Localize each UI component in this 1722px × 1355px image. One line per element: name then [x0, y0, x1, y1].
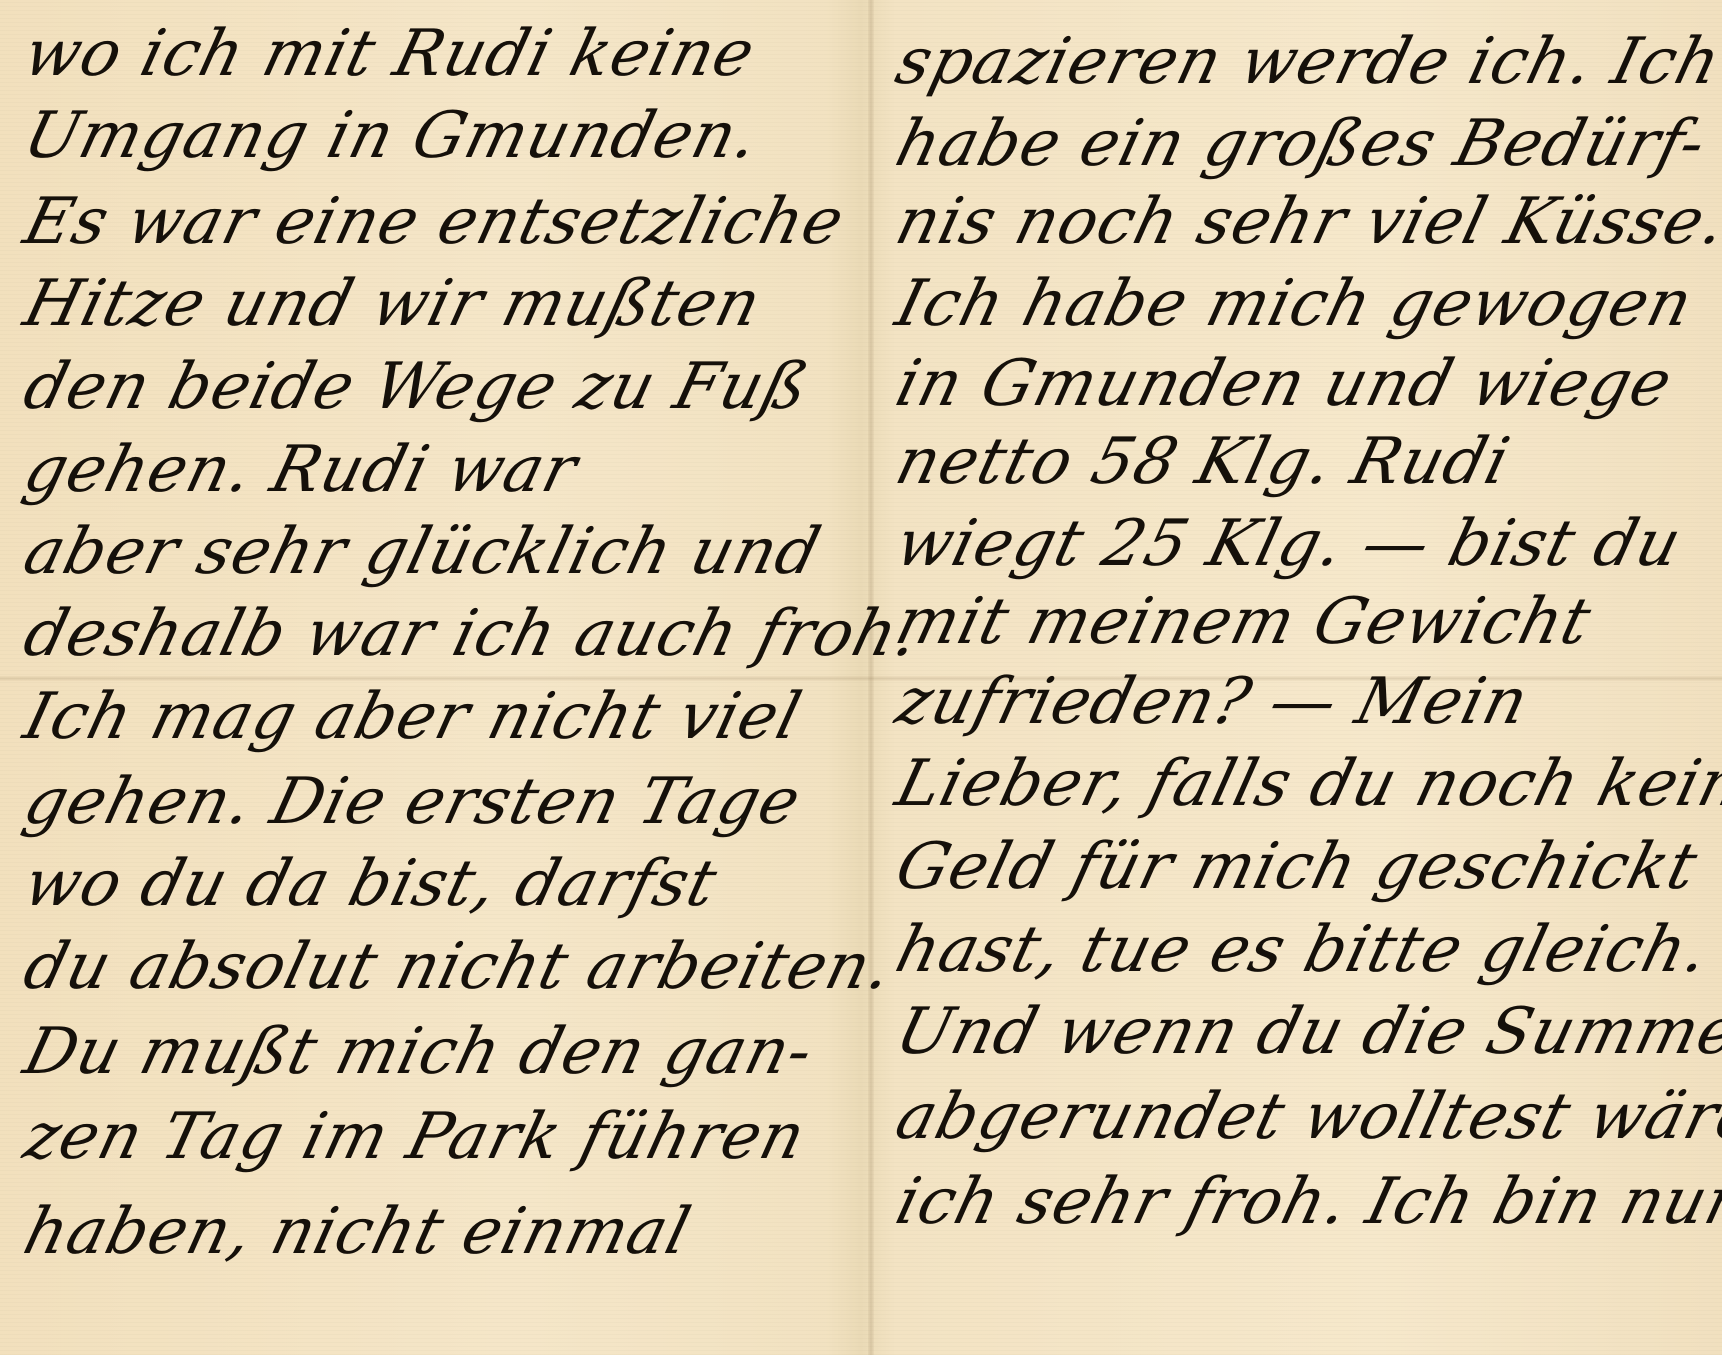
handwritten-line: abgerundet wolltest wäre	[890, 1085, 1722, 1149]
handwritten-line: Hitze und wir mußten	[18, 272, 767, 336]
handwritten-line: Es war eine entsetzliche	[18, 190, 850, 254]
handwritten-line: ich sehr froh. Ich bin nun-	[890, 1170, 1722, 1234]
handwritten-line: wo du da bist, darfst	[18, 852, 723, 916]
handwritten-line: netto 58 Klg. Rudi	[890, 430, 1516, 494]
handwritten-line: habe ein großes Bedürf-	[890, 112, 1712, 176]
handwritten-line: hast, tue es bitte gleich.	[890, 918, 1715, 982]
handwritten-line: Ich habe mich gewogen	[890, 272, 1699, 336]
handwritten-line: wo ich mit Rudi keine	[18, 22, 761, 86]
handwritten-line: zufrieden? — Mein	[890, 670, 1535, 734]
handwritten-line: Geld für mich geschickt	[890, 835, 1704, 899]
handwritten-line: nis noch sehr viel Küsse.	[890, 190, 1722, 254]
handwritten-line: zen Tag im Park führen	[18, 1105, 812, 1169]
handwritten-line: in Gmunden und wiege	[890, 352, 1678, 416]
handwritten-line: haben, nicht einmal	[18, 1200, 697, 1264]
handwritten-line: gehen. Die ersten Tage	[18, 770, 807, 834]
handwritten-line: Und wenn du die Summe	[890, 1000, 1722, 1064]
handwritten-line: Umgang in Gmunden.	[18, 104, 765, 168]
handwritten-line: gehen. Rudi war	[18, 438, 584, 502]
handwritten-line: aber sehr glücklich und	[18, 520, 827, 584]
handwritten-line: deshalb war ich auch froh.	[18, 602, 926, 666]
letter-sheet: wo ich mit Rudi keine Umgang in Gmunden.…	[0, 0, 1722, 1355]
handwritten-line: Du mußt mich den gan-	[18, 1020, 819, 1084]
handwritten-line: Lieber, falls du noch kein	[890, 752, 1722, 816]
handwritten-line: du absolut nicht arbeiten.	[18, 935, 899, 999]
handwritten-line: den beide Wege zu Fuß	[18, 355, 815, 419]
handwritten-line: Ich mag aber nicht viel	[18, 685, 808, 749]
handwritten-line: mit meinem Gewicht	[890, 590, 1597, 654]
handwritten-line: spazieren werde ich. Ich	[890, 30, 1722, 94]
handwritten-line: wiegt 25 Klg. — bist du	[890, 512, 1688, 576]
